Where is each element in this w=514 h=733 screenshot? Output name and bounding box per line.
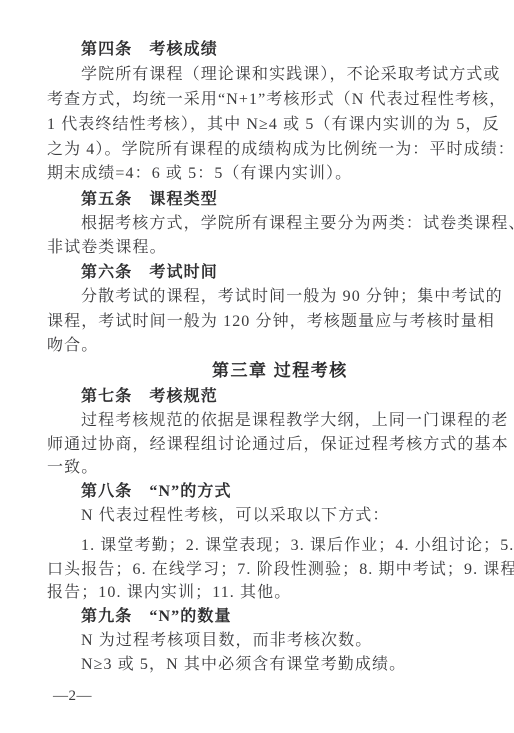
article-heading-line: 第九条 “N”的数量 [81,607,232,627]
article-heading-line: 第六条 考试时间 [81,263,218,283]
body-text-line: 一致。 [47,458,98,478]
body-text-line: N≥3 或 5，N 其中必须含有课堂考勤成绩。 [81,655,406,675]
body-text-line: 课程，考试时间一般为 120 分钟，考核题量应与考核时量相 [47,312,495,332]
body-text-line: 师通过协商，经课程组讨论通过后，保证过程考核方式的基本 [47,435,509,455]
body-text-line: N 代表过程性考核，可以采取以下方式： [81,506,389,526]
body-text-line: 分散考试的课程，考试时间一般为 90 分钟；集中考试的 [81,287,503,307]
body-text-line: 过程考核规范的依据是课程教学大纲，上同一门课程的老 [81,411,509,431]
article-heading-line: 第四条 考核成绩 [81,40,218,60]
body-text-line: 考查方式，均统一采用“N+1”考核形式（N 代表过程性考核， [47,90,506,110]
page-number: —2— [53,688,92,705]
body-text-line: 吻合。 [47,336,98,356]
body-text-line: 之为 4）。学院所有课程的成绩构成为比例统一为：平时成绩： [47,140,514,160]
scanned-document-page: —2— 第四条 考核成绩学院所有课程（理论课和实践课），不论采取考试方式或考查方… [0,0,514,733]
body-text-line: 学院所有课程（理论课和实践课），不论采取考试方式或 [81,65,501,85]
body-text-line: 1. 课堂考勤；2. 课堂表现；3. 课后作业；4. 小组讨论；5. [81,536,514,556]
body-text-line: 1 代表终结性考核），其中 N≥4 或 5（有课内实训的为 5，反 [47,115,500,135]
article-heading-line: 第七条 考核规范 [81,387,218,407]
body-text-line: 期末成绩=4：6 或 5：5（有课内实训）。 [47,164,352,184]
chapter-heading: 第三章 过程考核 [212,361,348,381]
body-text-line: N 为过程考核项目数，而非考核次数。 [81,631,372,651]
article-heading-line: 第八条 “N”的方式 [81,482,232,502]
body-text-line: 口头报告；6. 在线学习；7. 阶段性测验；8. 期中考试；9. 课程 [47,560,514,580]
body-text-line: 非试卷类课程。 [47,238,167,258]
body-text-line: 根据考核方式，学院所有课程主要分为两类：试卷类课程、 [81,214,514,234]
body-text-line: 报告；10. 课内实训；11. 其他。 [47,583,291,603]
article-heading-line: 第五条 课程类型 [81,190,218,210]
